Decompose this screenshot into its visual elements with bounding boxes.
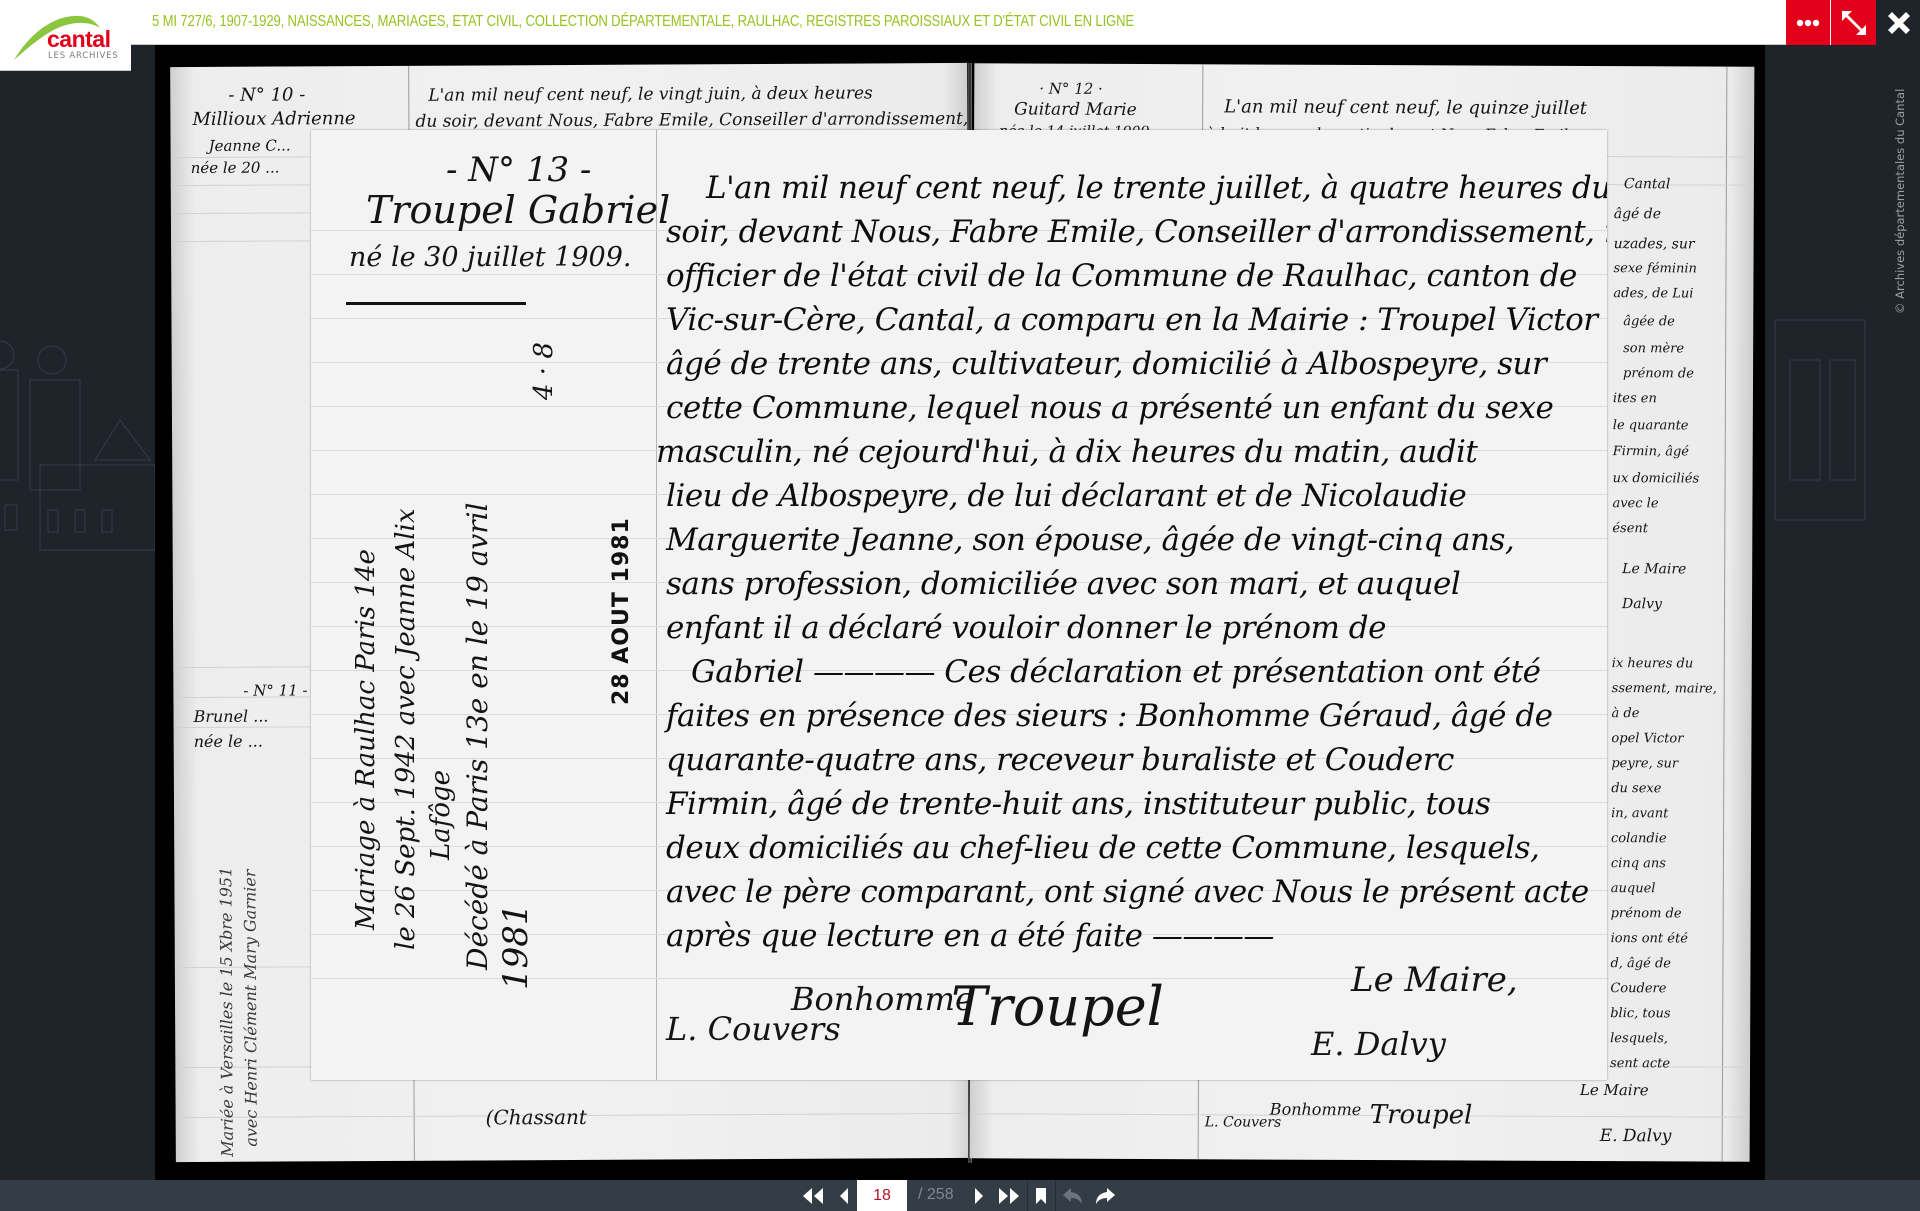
- margin-note-2: avec Henri Clément Mary Garnier: [240, 869, 260, 1146]
- entry-11-born: née le ...: [194, 732, 263, 751]
- undo-arrow-icon: [1062, 1187, 1084, 1205]
- logo-subtitle: LES ARCHIVES: [48, 51, 119, 61]
- double-chevron-right-icon: [997, 1187, 1021, 1205]
- right-sig-bonhomme: Bonhomme: [1270, 1100, 1362, 1119]
- fragment: le quarante: [1613, 418, 1689, 433]
- fragment: colandie: [1611, 831, 1667, 846]
- act-line: masculin, né cejourd'hui, à dix heures d…: [656, 434, 1477, 470]
- entry-11-name: Brunel ...: [193, 707, 268, 726]
- act-line: avec le père comparant, ont signé avec N…: [666, 874, 1589, 910]
- fragment: à de: [1612, 706, 1640, 721]
- act-line: Marguerite Jeanne, son épouse, âgée de v…: [666, 522, 1514, 558]
- entry-10-born: née le 20 ...: [191, 159, 280, 177]
- close-button[interactable]: [1876, 0, 1920, 45]
- fragment: Cantal: [1624, 176, 1671, 192]
- bookmark-icon: [1035, 1187, 1047, 1205]
- act-line: L'an mil neuf cent neuf, le trente juill…: [706, 170, 1607, 206]
- fragment: prénom de: [1611, 906, 1682, 921]
- act-line: Vic-sur-Cère, Cantal, a comparu en la Ma…: [666, 302, 1598, 338]
- redo-button[interactable]: [1092, 1180, 1118, 1211]
- margin-death-note: Décédé à Paris 13e en le 19 avril: [461, 502, 494, 970]
- document-title: 5 MI 727/6, 1907-1929, NAISSANCES, MARIA…: [152, 13, 1134, 31]
- right-margin-line: [1722, 67, 1728, 1162]
- fragment: auquel: [1611, 881, 1656, 896]
- cantal-logo[interactable]: cantal LES ARCHIVES: [0, 0, 131, 70]
- bookmark-button[interactable]: [1032, 1180, 1050, 1211]
- right-sig-troupel: Troupel: [1370, 1100, 1473, 1130]
- fragment: Firmin, âgé: [1613, 444, 1689, 459]
- fragment: sent acte: [1610, 1056, 1670, 1071]
- fragment: opel Victor: [1611, 731, 1683, 746]
- act-line: quarante-quatre ans, receveur buraliste …: [666, 742, 1454, 778]
- fragment: ssement, maire,: [1612, 681, 1717, 696]
- act-line: Gabriel ———— Ces déclaration et présenta…: [691, 654, 1541, 690]
- right-sig-mayor: E. Dalvy: [1600, 1126, 1672, 1146]
- expand-arrows-icon: [1840, 9, 1868, 37]
- last-page-button[interactable]: [996, 1180, 1022, 1211]
- viewer-stage: - N° 10 - Millioux Adrienne Jeanne C... …: [0, 0, 1920, 1211]
- fragment: son mère: [1623, 341, 1684, 356]
- act-line: cette Commune, lequel nous a présenté un…: [666, 390, 1553, 426]
- entry-10-name: Millioux Adrienne: [192, 108, 355, 130]
- act-subject-name: Troupel Gabriel: [366, 188, 670, 232]
- magnifier-lens[interactable]: - N° 13 - Troupel Gabriel né le 30 juill…: [311, 130, 1607, 1080]
- fragment: cinq ans: [1611, 856, 1666, 871]
- margin-marriage-note: Mariage à Raulhac Paris 14e: [351, 549, 381, 930]
- fragment: blic, tous: [1610, 1006, 1670, 1021]
- top-bar: cantal LES ARCHIVES 5 MI 727/6, 1907-192…: [0, 0, 1920, 45]
- fragment: Dalvy: [1622, 596, 1662, 612]
- redo-arrow-icon: [1094, 1187, 1116, 1205]
- chevron-left-icon: [838, 1187, 850, 1205]
- act-line: lieu de Albospeyre, de lui déclarant et …: [666, 478, 1466, 514]
- fragment: ux domiciliés: [1613, 471, 1700, 486]
- logo-wordmark: cantal: [47, 26, 110, 53]
- right-sig-maire: Le Maire: [1580, 1081, 1649, 1099]
- fragment: in, avant: [1611, 806, 1668, 821]
- chevron-right-icon: [973, 1187, 985, 1205]
- fragment: prénom de: [1623, 366, 1694, 381]
- act-line: enfant il a déclaré vouloir donner le pr…: [666, 610, 1386, 646]
- act-birth-date: né le 30 juillet 1909.: [349, 242, 631, 273]
- page-number-input[interactable]: [857, 1180, 907, 1211]
- act-line: soir, devant Nous, Fabre Emile, Conseill…: [666, 214, 1607, 250]
- fragment: ions ont été: [1611, 931, 1688, 946]
- signature-father: Troupel: [951, 975, 1164, 1038]
- act-line: Firmin, âgé de trente-huit ans, institut…: [666, 786, 1490, 822]
- signature-mayor: E. Dalvy: [1311, 1025, 1446, 1063]
- entry-11-number: - N° 11 -: [243, 681, 307, 699]
- act-line: âgé de trente ans, cultivateur, domicili…: [666, 346, 1546, 382]
- entry-12-number: · N° 12 ·: [1039, 80, 1103, 98]
- entry-10-name2: Jeanne C...: [209, 136, 291, 154]
- act-line: deux domiciliés au chef-lieu de cette Co…: [666, 830, 1539, 866]
- ellipsis-icon: [1796, 19, 1820, 27]
- background-illustration-right: [1765, 300, 1920, 540]
- fragment: avec le: [1612, 496, 1658, 511]
- fragment: ites en: [1613, 391, 1657, 406]
- fullscreen-button[interactable]: [1831, 0, 1876, 45]
- act-line: après que lecture en a été faite ————: [666, 918, 1274, 954]
- fragment: Coudere: [1610, 981, 1666, 996]
- next-page-button[interactable]: [971, 1180, 987, 1211]
- mayor-label: Le Maire,: [1351, 960, 1518, 1000]
- act-number: - N° 13 -: [446, 150, 591, 190]
- fragment: ix heures du: [1612, 656, 1694, 671]
- entry-10-text-1: L'an mil neuf cent neuf, le vingt juin, …: [428, 83, 873, 105]
- more-options-button[interactable]: [1786, 0, 1831, 45]
- fragment: sexe féminin: [1613, 261, 1696, 276]
- previous-page-button[interactable]: [836, 1180, 852, 1211]
- underline: [346, 302, 526, 305]
- margin-note-1: Mariée à Versailles le 15 Xbre 1951: [216, 867, 237, 1157]
- divider: [1027, 1180, 1028, 1211]
- act-line: faites en présence des sieurs : Bonhomme…: [666, 698, 1553, 734]
- undo-button[interactable]: [1060, 1180, 1086, 1211]
- fragment: uzades, sur: [1614, 236, 1695, 252]
- double-chevron-left-icon: [801, 1187, 825, 1205]
- fragment: ésent: [1612, 521, 1648, 536]
- fragment: d, âgé de: [1610, 956, 1671, 971]
- entry-10-text-2: du soir, devant Nous, Fabre Emile, Conse…: [415, 109, 968, 132]
- close-icon: [1887, 11, 1911, 35]
- fragment: ades, de Lui: [1613, 286, 1693, 301]
- background-illustration-left: [0, 300, 160, 560]
- page-total: / 258: [918, 1186, 954, 1204]
- fragment: lesquels,: [1610, 1031, 1668, 1046]
- fragment: âgée de: [1623, 314, 1675, 329]
- fragment: du sexe: [1611, 781, 1661, 796]
- margin-reference: 4 · 8: [529, 342, 559, 400]
- fragment: Le Maire: [1622, 561, 1686, 577]
- entry-12-name: Guitard Marie: [1014, 99, 1137, 120]
- margin-spouse-name: Lafôge: [426, 770, 456, 860]
- bottom-signature: (Chassant: [486, 1105, 587, 1130]
- date-stamp: 28 AOUT 1981: [609, 517, 634, 705]
- copyright-notice: © Archives départementales du Cantal: [1893, 89, 1907, 314]
- entry-10-number: - N° 10 -: [228, 84, 305, 105]
- fragment: peyre, sur: [1611, 756, 1678, 771]
- signature-witness-2: Bonhomme: [791, 980, 974, 1018]
- margin-marriage-date: le 26 Sept. 1942 avec Jeanne Alix: [391, 509, 421, 951]
- margin-death-year: 1981: [496, 903, 536, 990]
- margin-line: [656, 130, 657, 1080]
- entry-12-text-1: L'an mil neuf cent neuf, le quinze juill…: [1224, 96, 1587, 119]
- act-line: sans profession, domiciliée avec son mar…: [666, 566, 1460, 602]
- first-page-button[interactable]: [800, 1180, 826, 1211]
- fragment: âgé de: [1614, 206, 1661, 222]
- pagination-bar: / 258: [0, 1180, 1920, 1211]
- divider: [1055, 1180, 1056, 1211]
- act-line: officier de l'état civil de la Commune d…: [666, 258, 1577, 294]
